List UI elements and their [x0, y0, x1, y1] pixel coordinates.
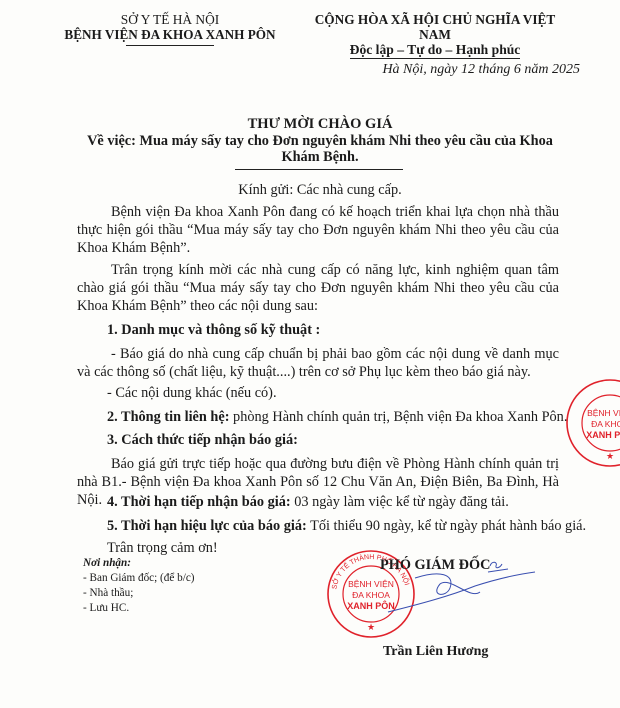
- subject-line-2: Khám Bệnh.: [80, 149, 560, 165]
- issuer-underline: [126, 45, 214, 46]
- hospital-name: BỆNH VIỆN ĐA KHOA XANH PÔN: [60, 27, 280, 42]
- motto: Độc lập – Tự do – Hạnh phúc: [350, 42, 521, 59]
- subject-underline: [235, 169, 403, 170]
- recipient-item: - Nhà thầu;: [83, 586, 195, 601]
- document-title: THƯ MỜI CHÀO GIÁ: [150, 116, 490, 132]
- svg-text:ĐA KHOA: ĐA KHOA: [591, 419, 620, 429]
- greeting: Kính gửi: Các nhà cung cấp.: [70, 182, 570, 199]
- intro-text: Bệnh viện Đa khoa Xanh Pôn đang có kế ho…: [77, 204, 559, 256]
- issue-date: Hà Nội, ngày 12 tháng 6 năm 2025: [340, 62, 580, 78]
- invitation-text: Trân trọng kính mời các nhà cung cấp có …: [77, 262, 559, 314]
- closing: Trân trọng cảm ơn!: [107, 539, 218, 557]
- section-1-bullet-1: - Báo giá do nhà cung cấp chuẩn bị phải …: [77, 345, 559, 381]
- section-4-value: 03 ngày làm việc kể từ ngày đăng tải.: [291, 494, 509, 510]
- section-1-bullet-1-text: - Báo giá do nhà cung cấp chuẩn bị phải …: [77, 346, 559, 380]
- invitation-paragraph: Trân trọng kính mời các nhà cung cấp có …: [77, 261, 559, 315]
- national-motto-block: CỘNG HÒA XÃ HỘI CHỦ NGHĨA VIỆT NAM Độc l…: [300, 12, 570, 59]
- recipient-item: - Lưu HC.: [83, 601, 195, 616]
- section-3-heading: 3. Cách thức tiếp nhận báo giá:: [107, 431, 298, 449]
- ministry-name: SỞ Y TẾ HÀ NỘI: [60, 12, 280, 27]
- section-2: 2. Thông tin liên hệ: phòng Hành chính q…: [107, 408, 567, 426]
- section-5-label: 5. Thời hạn hiệu lực của báo giá:: [107, 518, 307, 534]
- section-5-value: Tối thiểu 90 ngày, kể từ ngày phát hành …: [307, 518, 586, 534]
- recipients-block: Nơi nhận: - Ban Giám đốc; (để b/c) - Nhà…: [83, 556, 195, 616]
- intro-paragraph: Bệnh viện Đa khoa Xanh Pôn đang có kế ho…: [77, 203, 559, 257]
- section-4: 4. Thời hạn tiếp nhận báo giá: 03 ngày l…: [107, 493, 509, 511]
- svg-text:BỆNH VIỆN: BỆNH VIỆN: [587, 408, 620, 418]
- recipient-item: - Ban Giám đốc; (để b/c): [83, 571, 195, 586]
- country-name: CỘNG HÒA XÃ HỘI CHỦ NGHĨA VIỆT NAM: [300, 12, 570, 42]
- section-1-bullet-2: - Các nội dung khác (nếu có).: [107, 384, 277, 402]
- document-subject: Về việc: Mua máy sấy tay cho Đơn nguyên …: [80, 133, 560, 165]
- svg-text:XANH PÔN: XANH PÔN: [586, 429, 620, 440]
- section-2-label: 2. Thông tin liên hệ:: [107, 409, 229, 425]
- issuer-block: SỞ Y TẾ HÀ NỘI BỆNH VIỆN ĐA KHOA XANH PÔ…: [60, 12, 280, 46]
- page-edge-stamp: BỆNH VIỆN ĐA KHOA XANH PÔN ★: [565, 378, 620, 468]
- star-icon: ★: [367, 622, 375, 632]
- subject-line-1: Về việc: Mua máy sấy tay cho Đơn nguyên …: [80, 133, 560, 149]
- section-4-label: 4. Thời hạn tiếp nhận báo giá:: [107, 494, 291, 510]
- signatory-name: Trần Liên Hương: [383, 644, 488, 660]
- recipients-heading: Nơi nhận:: [83, 556, 195, 571]
- section-5: 5. Thời hạn hiệu lực của báo giá: Tối th…: [107, 517, 586, 535]
- svg-text:★: ★: [606, 451, 614, 461]
- section-2-value: phòng Hành chính quản trị, Bệnh viện Đa …: [229, 409, 567, 425]
- section-1-heading: 1. Danh mục và thông số kỹ thuật :: [107, 321, 320, 339]
- handwritten-signature: [380, 560, 540, 620]
